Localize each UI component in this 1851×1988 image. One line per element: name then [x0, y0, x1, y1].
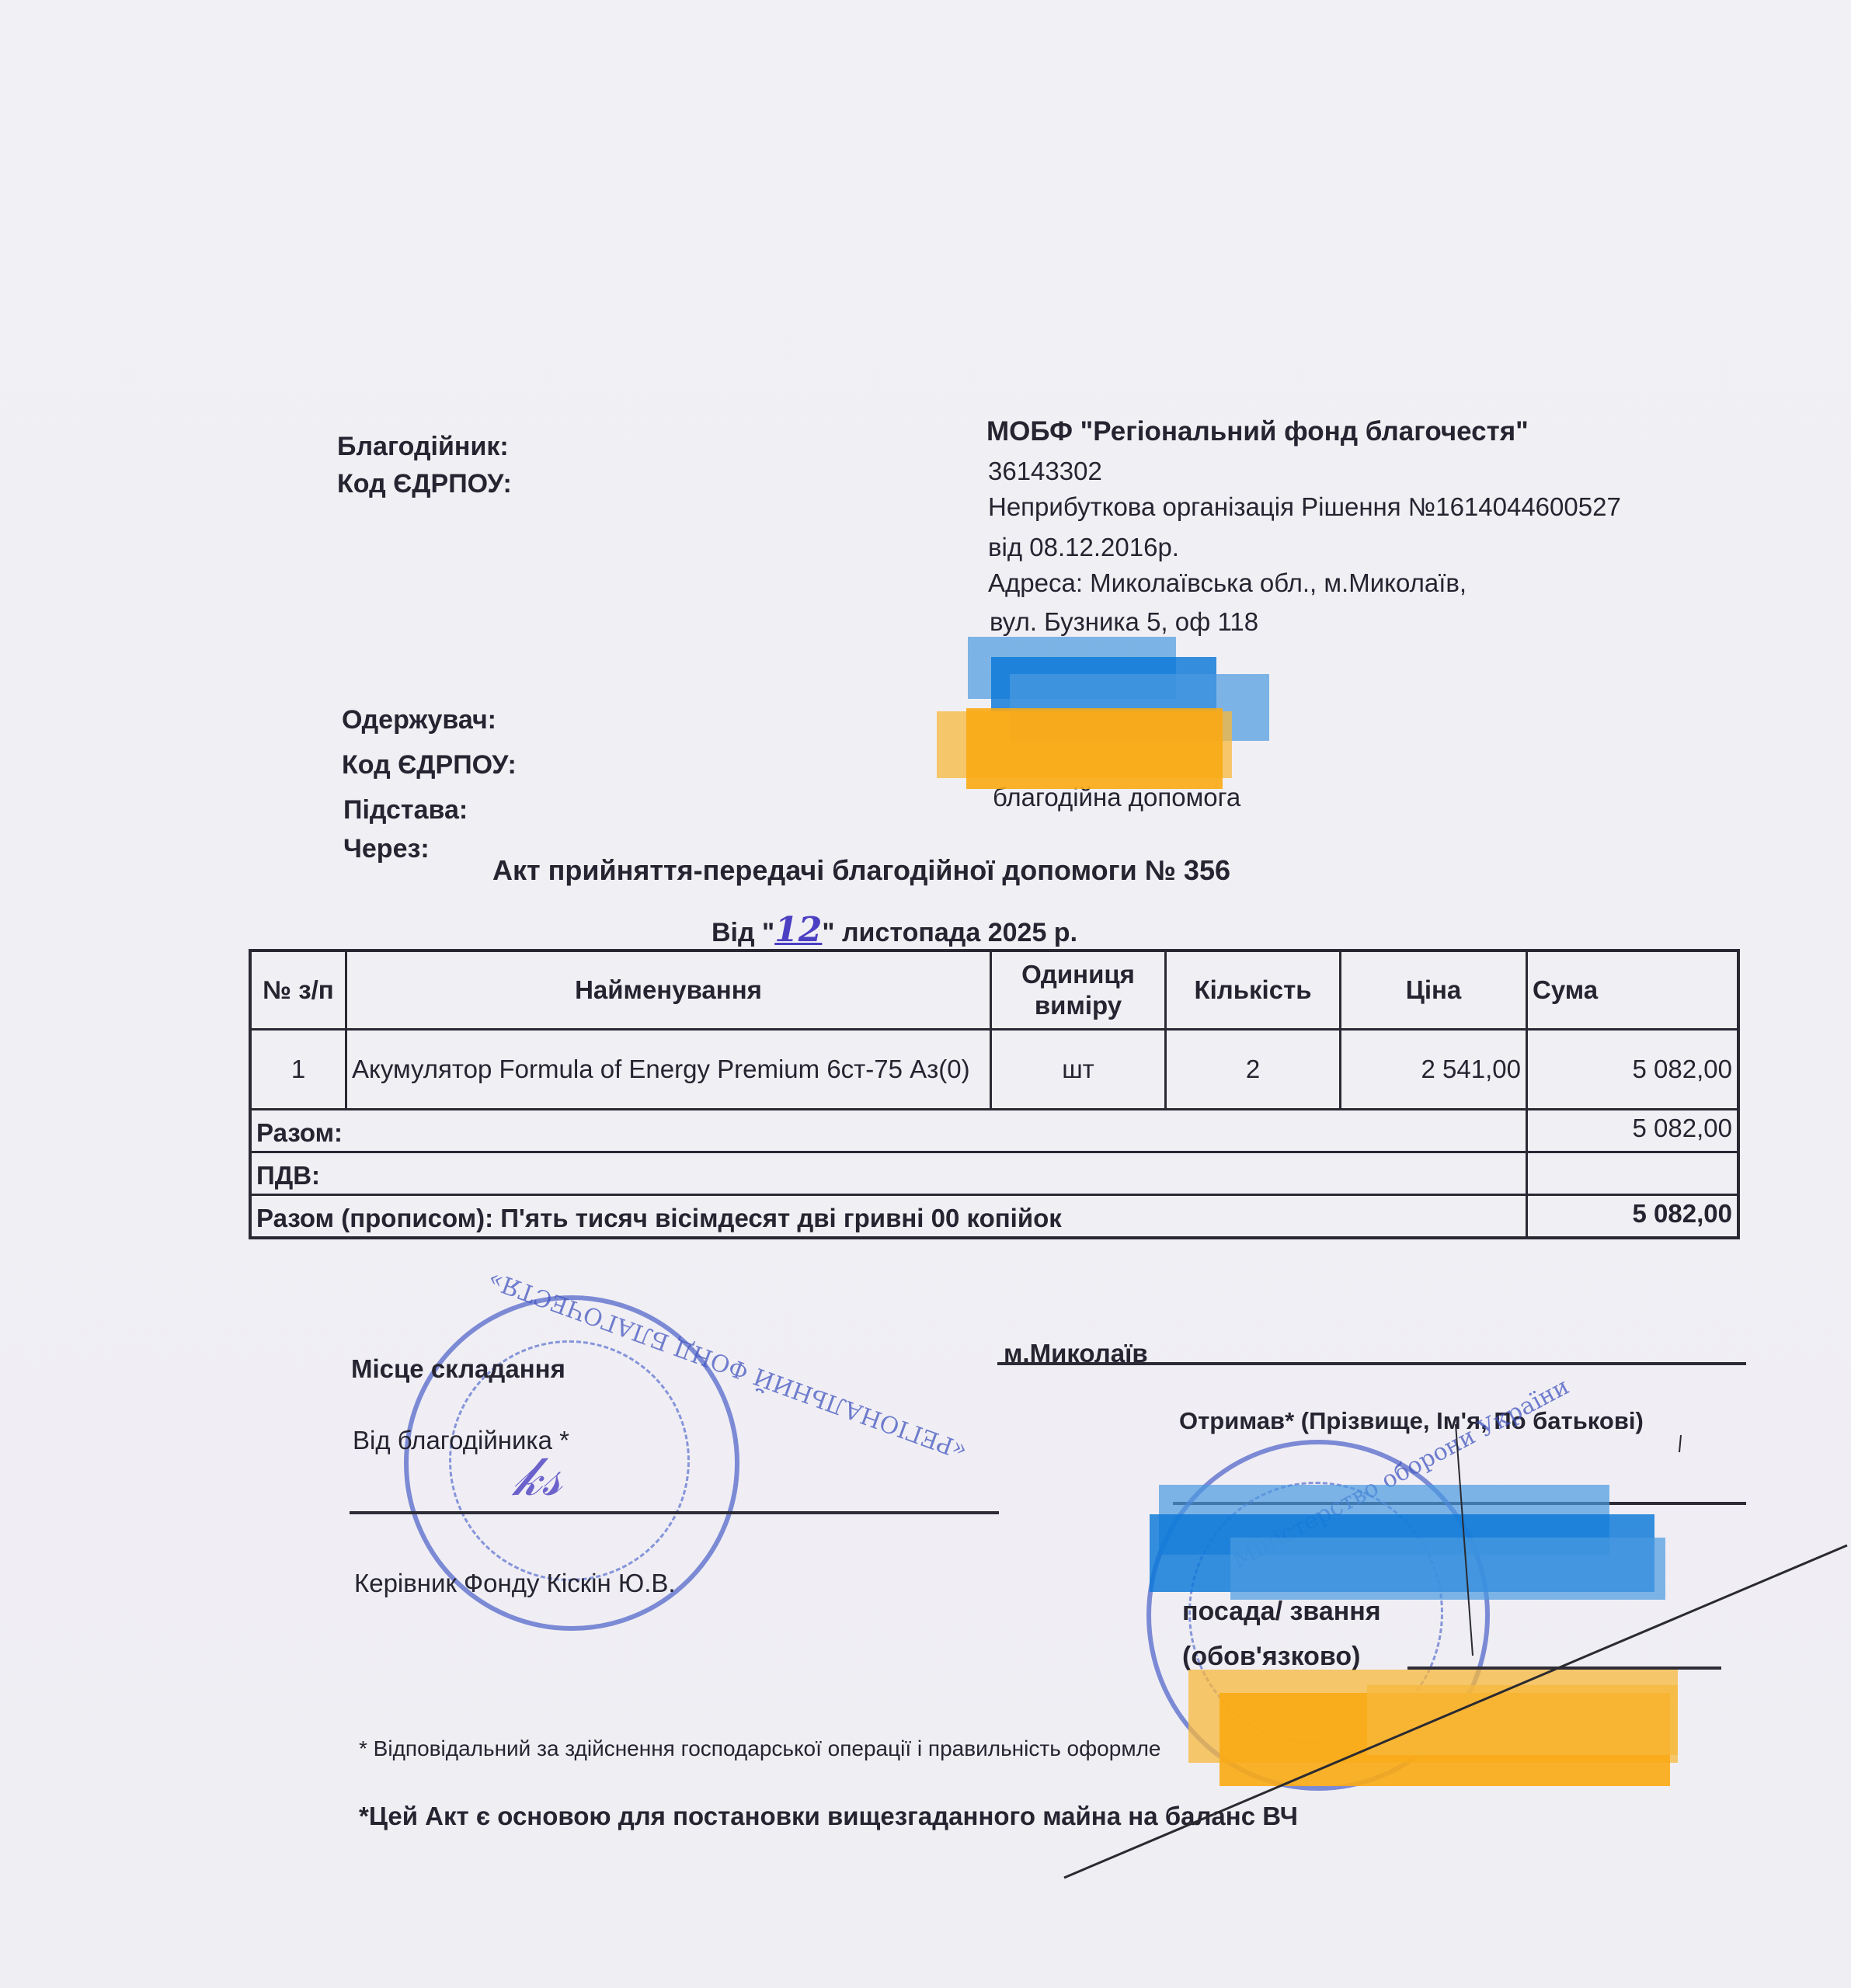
- scanned-document-page: Благодійник: Код ЄДРПОУ: МОБФ "Регіональ…: [0, 0, 1851, 1988]
- pen-strokes: [0, 0, 1851, 1988]
